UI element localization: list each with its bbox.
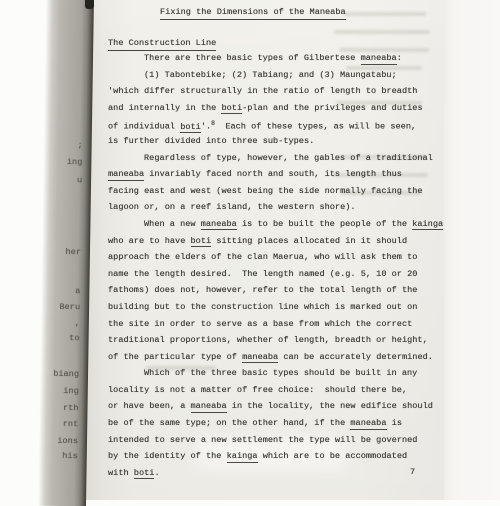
adjacent-page-text-fragment: ing <box>67 157 83 167</box>
bleed-through-smudge <box>334 30 430 34</box>
text-line: lagoon or, on a reef island, the western… <box>108 199 438 216</box>
gutter-top-mark <box>85 0 94 9</box>
text-segment: invariably faced north and south, its le… <box>144 169 402 179</box>
underlined-term: maneaba <box>242 352 278 364</box>
text-segment: 'which differ structurally in the ratio … <box>108 86 417 96</box>
underlined-term: boti <box>191 236 212 248</box>
text-line: with boti. <box>108 465 438 482</box>
text-segment: locality is not a matter of free choice:… <box>108 385 407 395</box>
text-segment: fathoms) does not, however, refer to the… <box>108 285 417 295</box>
background-right-margin <box>444 0 500 500</box>
text-line: and internally in the boti-plan and the … <box>108 100 438 117</box>
underlined-term: maneaba <box>361 53 397 65</box>
text-segment: lagoon or, on a reef island, the western… <box>108 202 356 212</box>
underlined-term: maneaba <box>191 401 227 413</box>
text-segment: be of the same type; on the other hand, … <box>108 418 350 428</box>
text-line: fathoms) does not, however, refer to the… <box>108 282 438 299</box>
photographed-document-page: Fixing the Dimensions of the Maneaba The… <box>0 0 500 500</box>
text-segment: . <box>154 468 159 478</box>
text-segment: facing east and west (west being the sid… <box>108 186 423 196</box>
underlined-term: maneaba <box>201 219 237 231</box>
text-segment: name the length desired. The length name… <box>108 269 417 279</box>
text-segment: (1) Tabontebike; (2) Tabiang; and (3) Ma… <box>144 70 397 80</box>
document-page: Fixing the Dimensions of the Maneaba The… <box>86 0 444 500</box>
underlined-term: boti <box>134 468 155 480</box>
underlined-term: boti <box>180 122 201 134</box>
text-segment: When a new <box>144 219 201 229</box>
text-segment: and internally in the <box>108 103 221 113</box>
underlined-term: boti <box>221 103 242 115</box>
text-segment: who are to have <box>108 236 191 246</box>
adjacent-page-text-fragment: to <box>69 333 79 343</box>
text-segment: traditional proportions, whether of leng… <box>108 335 428 345</box>
text-line: of the particular type of maneaba can be… <box>108 349 438 366</box>
text-line: approach the elders of the clan Maerua, … <box>108 249 438 266</box>
adjacent-page-text-fragment: his <box>62 451 78 461</box>
underlined-term: maneaba <box>350 418 386 430</box>
text-line: or have been, a maneaba in the locality,… <box>108 398 438 415</box>
adjacent-page-text-fragment: u <box>77 175 82 185</box>
text-segment: : <box>397 53 402 63</box>
bleed-through-smudge <box>344 12 426 16</box>
text-segment: in the locality, the new edifice should <box>227 401 433 411</box>
text-line: of individual boti'.8 Each of these type… <box>108 116 438 133</box>
text-segment: sitting places allocated in it should <box>211 236 407 246</box>
text-line: When a new maneaba is to be built the pe… <box>108 216 438 233</box>
text-segment: or have been, a <box>108 401 191 411</box>
adjacent-page-text-fragment: , <box>75 318 80 328</box>
text-segment: -plan and the privileges and duties <box>242 103 423 113</box>
text-segment: building but to the construction line wh… <box>108 302 417 312</box>
text-segment: Which of the three basic types should be… <box>144 368 417 378</box>
text-line: (1) Tabontebike; (2) Tabiang; and (3) Ma… <box>108 67 438 84</box>
adjacent-page-edge: ;inguheraBeru,tobiangingrthrntionshis <box>38 0 94 500</box>
adjacent-page-text-fragment: ing <box>63 386 79 396</box>
text-segment: of the particular type of <box>108 352 242 362</box>
text-segment: There are three basic types of Gilbertes… <box>144 53 361 63</box>
text-line: locality is not a matter of free choice:… <box>108 382 438 399</box>
text-line: There are three basic types of Gilbertes… <box>108 50 438 67</box>
text-line: facing east and west (west being the sid… <box>108 183 438 200</box>
text-line: be of the same type; on the other hand, … <box>108 415 438 432</box>
text-line: maneaba invariably faced north and south… <box>108 166 438 183</box>
text-line: who are to have boti sitting places allo… <box>108 233 438 250</box>
text-line: is further divided into three sub-types. <box>108 133 438 150</box>
text-segment: Regardless of type, however, the gables … <box>144 153 433 163</box>
text-segment: intended to serve a new settlement the t… <box>108 435 417 445</box>
text-line: intended to serve a new settlement the t… <box>108 432 438 449</box>
adjacent-page-text-fragment: rth <box>63 403 79 413</box>
underlined-term: kainga <box>227 451 258 463</box>
underlined-term: kainga <box>412 219 443 231</box>
text-segment: '. <box>201 122 211 132</box>
text-line: Which of the three basic types should be… <box>108 365 438 382</box>
text-line: building but to the construction line wh… <box>108 299 438 316</box>
adjacent-page-text-fragment: ; <box>77 140 82 150</box>
text-line: by the identity of the kainga which are … <box>108 448 438 465</box>
text-segment: is further divided into three sub-types. <box>108 136 314 146</box>
text-segment: is <box>387 418 402 428</box>
adjacent-page-text-fragment: ions <box>57 436 78 446</box>
text-segment: by the identity of the <box>108 451 227 461</box>
section-heading: The Construction Line <box>108 38 216 51</box>
text-segment: can be accurately determined. <box>278 352 433 362</box>
text-line: 'which differ structurally in the ratio … <box>108 83 438 100</box>
text-line: name the length desired. The length name… <box>108 266 438 283</box>
underlined-term: maneaba <box>108 169 144 181</box>
page-number: 7 <box>410 464 415 481</box>
adjacent-page-text-fragment: rnt <box>63 419 79 429</box>
text-line: Regardless of type, however, the gables … <box>108 150 438 167</box>
adjacent-page-text-fragment: her <box>65 247 81 257</box>
body-lines: There are three basic types of Gilbertes… <box>108 50 438 481</box>
text-segment: of individual <box>108 122 180 132</box>
adjacent-page-text-fragment: Beru <box>59 302 80 312</box>
adjacent-page-text-fragment: a <box>75 286 80 296</box>
text-segment: the site in order to serve as a base fro… <box>108 319 412 329</box>
text-segment: approach the elders of the clan Maerua, … <box>108 252 417 262</box>
text-segment: is to be built the people of the <box>237 219 412 229</box>
text-segment: Each of these types, as will be seen, <box>215 122 416 132</box>
text-line: the site in order to serve as a base fro… <box>108 316 438 333</box>
text-segment: with <box>108 468 134 478</box>
text-line: traditional proportions, whether of leng… <box>108 332 438 349</box>
text-segment: which are to be accommodated <box>258 451 408 461</box>
adjacent-page-text-fragment: biang <box>53 369 79 379</box>
page-title: Fixing the Dimensions of the Maneaba <box>160 7 346 20</box>
